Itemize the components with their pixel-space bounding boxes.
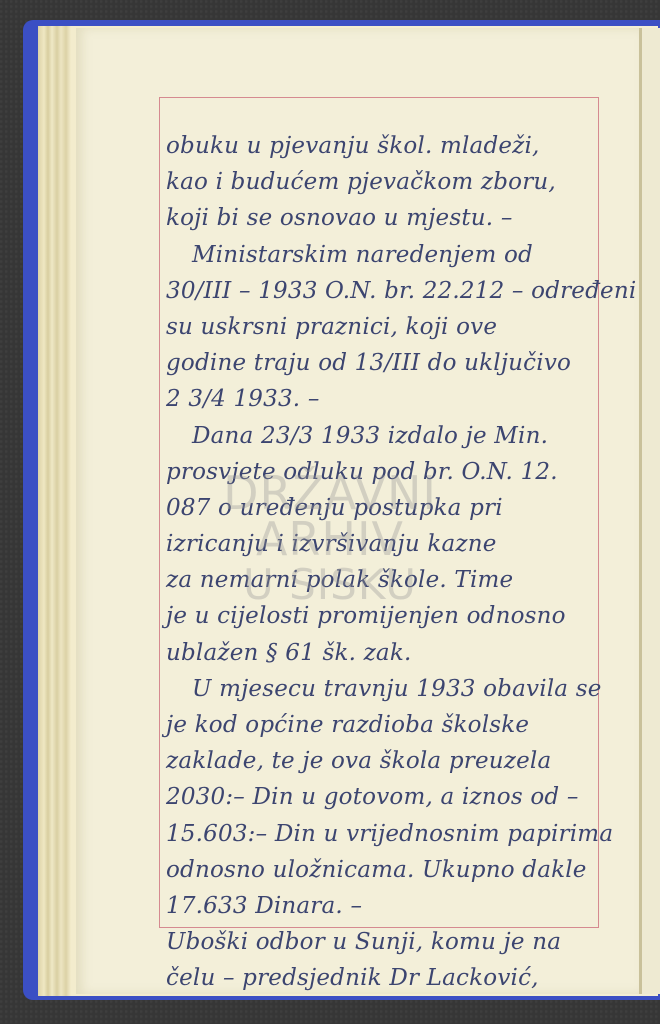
text-line: prosvjete odluku pod br. O.N. 12. [166,454,602,490]
facing-page-edge [642,28,660,994]
text-line: Ministarskim naredenjem od [166,237,602,273]
text-line: odnosno uložnicama. Ukupno dakle [166,852,602,888]
text-line: izricanju i izvršivanju kazne [166,526,602,562]
text-line: zaklade, te je ova škola preuzela [166,743,602,779]
text-line: 2030:– Din u gotovom, a iznos od – [166,779,602,815]
text-line: godine traju od 13/III do uključivo [166,345,602,381]
text-line: ublažen § 61 šk. zak. [166,635,602,671]
handwritten-text: obuku u pjevanju škol. mladeži, kao i bu… [166,128,602,997]
text-line: obuku u pjevanju škol. mladeži, [166,128,602,164]
text-line: je u cijelosti promijenjen odnosno [166,598,602,634]
text-line: 15.603:– Din u vrijednosnim papirima [166,816,602,852]
text-line: 2 3/4 1933. – [166,381,602,417]
text-line: kao i budućem pjevačkom zboru, [166,164,602,200]
text-line: 087 o uređenju postupka pri [166,490,602,526]
text-line: su uskrsni praznici, koji ove [166,309,602,345]
text-line: koji bi se osnovao u mjestu. – [166,200,602,236]
text-line: Dana 23/3 1933 izdalo je Min. [166,418,602,454]
text-line: je kod općine razdioba školske [166,707,602,743]
text-line: Uboški odbor u Sunji, komu je na [166,924,602,960]
text-line: čelu – predsjednik Dr Lacković, [166,960,602,996]
text-line: 30/III – 1933 O.N. br. 22.212 – određeni [166,273,602,309]
text-line: 17.633 Dinara. – [166,888,602,924]
text-line: U mjesecu travnju 1933 obavila se [166,671,602,707]
text-line: za nemarni polak škole. Time [166,562,602,598]
